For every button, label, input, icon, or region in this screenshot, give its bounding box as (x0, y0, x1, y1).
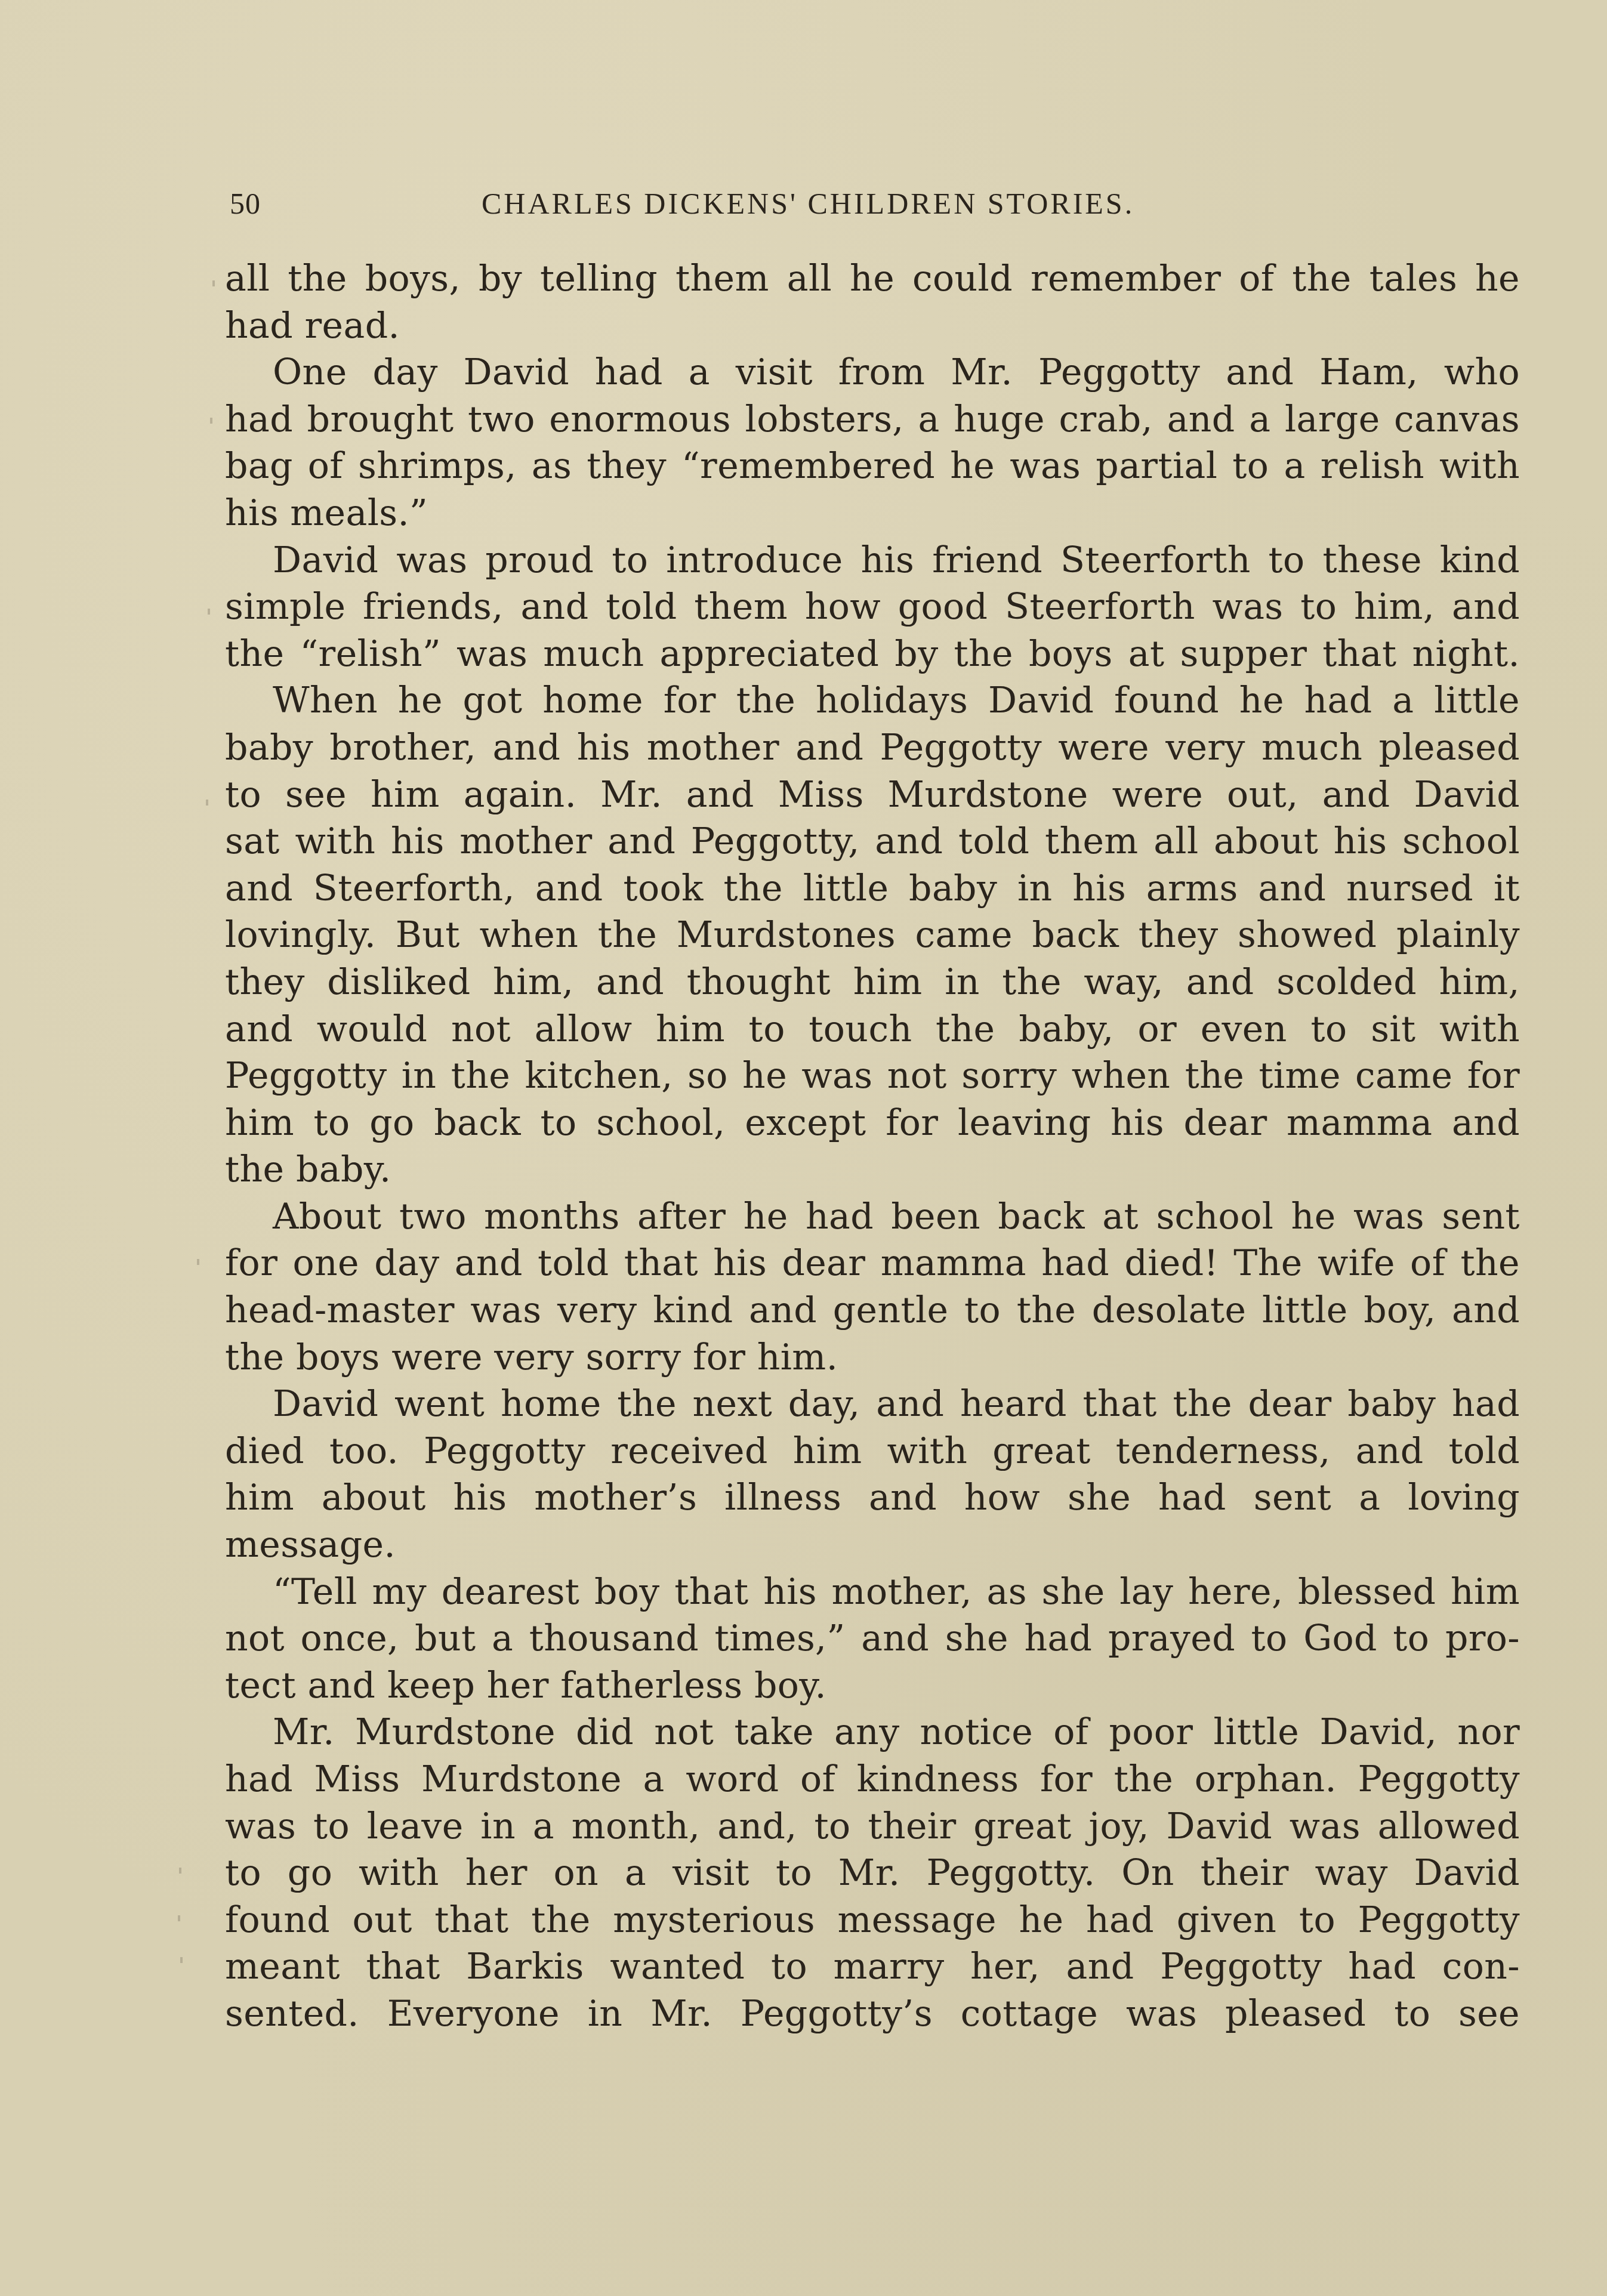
text-line: had read. (225, 303, 1520, 350)
text-line: bag of shrimps, as they “remembered he w… (225, 443, 1520, 490)
text-line: Peggotty in the kitchen, so he was not s… (225, 1053, 1520, 1100)
margin-speck (208, 609, 210, 615)
text-line: message. (225, 1522, 1520, 1569)
margin-speck (210, 418, 212, 424)
text-line: and Steerforth, and took the little baby… (225, 865, 1520, 912)
text-line: was to leave in a month, and, to their g… (225, 1803, 1520, 1850)
margin-speck (180, 1957, 183, 1963)
text-line: to see him again. Mr. and Miss Murdstone… (225, 771, 1520, 819)
text-line: the boys were very sorry for him. (225, 1334, 1520, 1381)
text-line: About two months after he had been back … (225, 1193, 1520, 1240)
text-line: David went home the next day, and heard … (225, 1381, 1520, 1428)
margin-speck (197, 1259, 199, 1265)
text-line: tect and keep her fatherless boy. (225, 1662, 1520, 1709)
running-title: CHARLES DICKENS' CHILDREN STORIES. (482, 186, 1134, 221)
margin-speck (206, 800, 208, 806)
text-line: and would not allow him to touch the bab… (225, 1006, 1520, 1053)
text-line: Mr. Murdstone did not take any notice of… (225, 1709, 1520, 1756)
text-line: meant that Barkis wanted to marry her, a… (225, 1943, 1520, 1991)
text-line: “Tell my dearest boy that his mother, as… (225, 1569, 1520, 1616)
text-line: head-master was very kind and gentle to … (225, 1287, 1520, 1334)
text-line: simple friends, and told them how good S… (225, 584, 1520, 631)
text-line: the “relish” was much appreciated by the… (225, 631, 1520, 678)
text-line: the baby. (225, 1146, 1520, 1193)
text-line: One day David had a visit from Mr. Peggo… (225, 349, 1520, 396)
text-line: died too. Peggotty received him with gre… (225, 1428, 1520, 1475)
text-line: to go with her on a visit to Mr. Peggott… (225, 1850, 1520, 1897)
margin-speck (179, 1868, 181, 1874)
margin-speck (178, 1915, 180, 1921)
body-text: all the boys, by telling them all he cou… (225, 255, 1520, 2038)
text-line: sented. Everyone in Mr. Peggotty’s cotta… (225, 1991, 1520, 2038)
text-line: When he got home for the holidays David … (225, 677, 1520, 724)
margin-speck (212, 280, 215, 286)
text-line: all the boys, by telling them all he cou… (225, 255, 1520, 303)
text-line: found out that the mysterious message he… (225, 1897, 1520, 1944)
text-line: him to go back to school, except for lea… (225, 1100, 1520, 1147)
page-number: 50 (230, 186, 261, 221)
text-line: they disliked him, and thought him in th… (225, 959, 1520, 1006)
text-line: had Miss Murdstone a word of kindness fo… (225, 1756, 1520, 1803)
text-line: his meals.” (225, 490, 1520, 537)
text-line: David was proud to introduce his friend … (225, 537, 1520, 584)
text-line: for one day and told that his dear mamma… (225, 1240, 1520, 1287)
text-line: not once, but a thousand times,” and she… (225, 1615, 1520, 1662)
text-line: lovingly. But when the Murdstones came b… (225, 912, 1520, 959)
text-line: him about his mother’s illness and how s… (225, 1474, 1520, 1522)
text-line: had brought two enormous lobsters, a hug… (225, 396, 1520, 443)
running-head: 50 CHARLES DICKENS' CHILDREN STORIES. (225, 186, 1520, 228)
text-line: sat with his mother and Peggotty, and to… (225, 818, 1520, 865)
text-line: baby brother, and his mother and Peggott… (225, 724, 1520, 771)
